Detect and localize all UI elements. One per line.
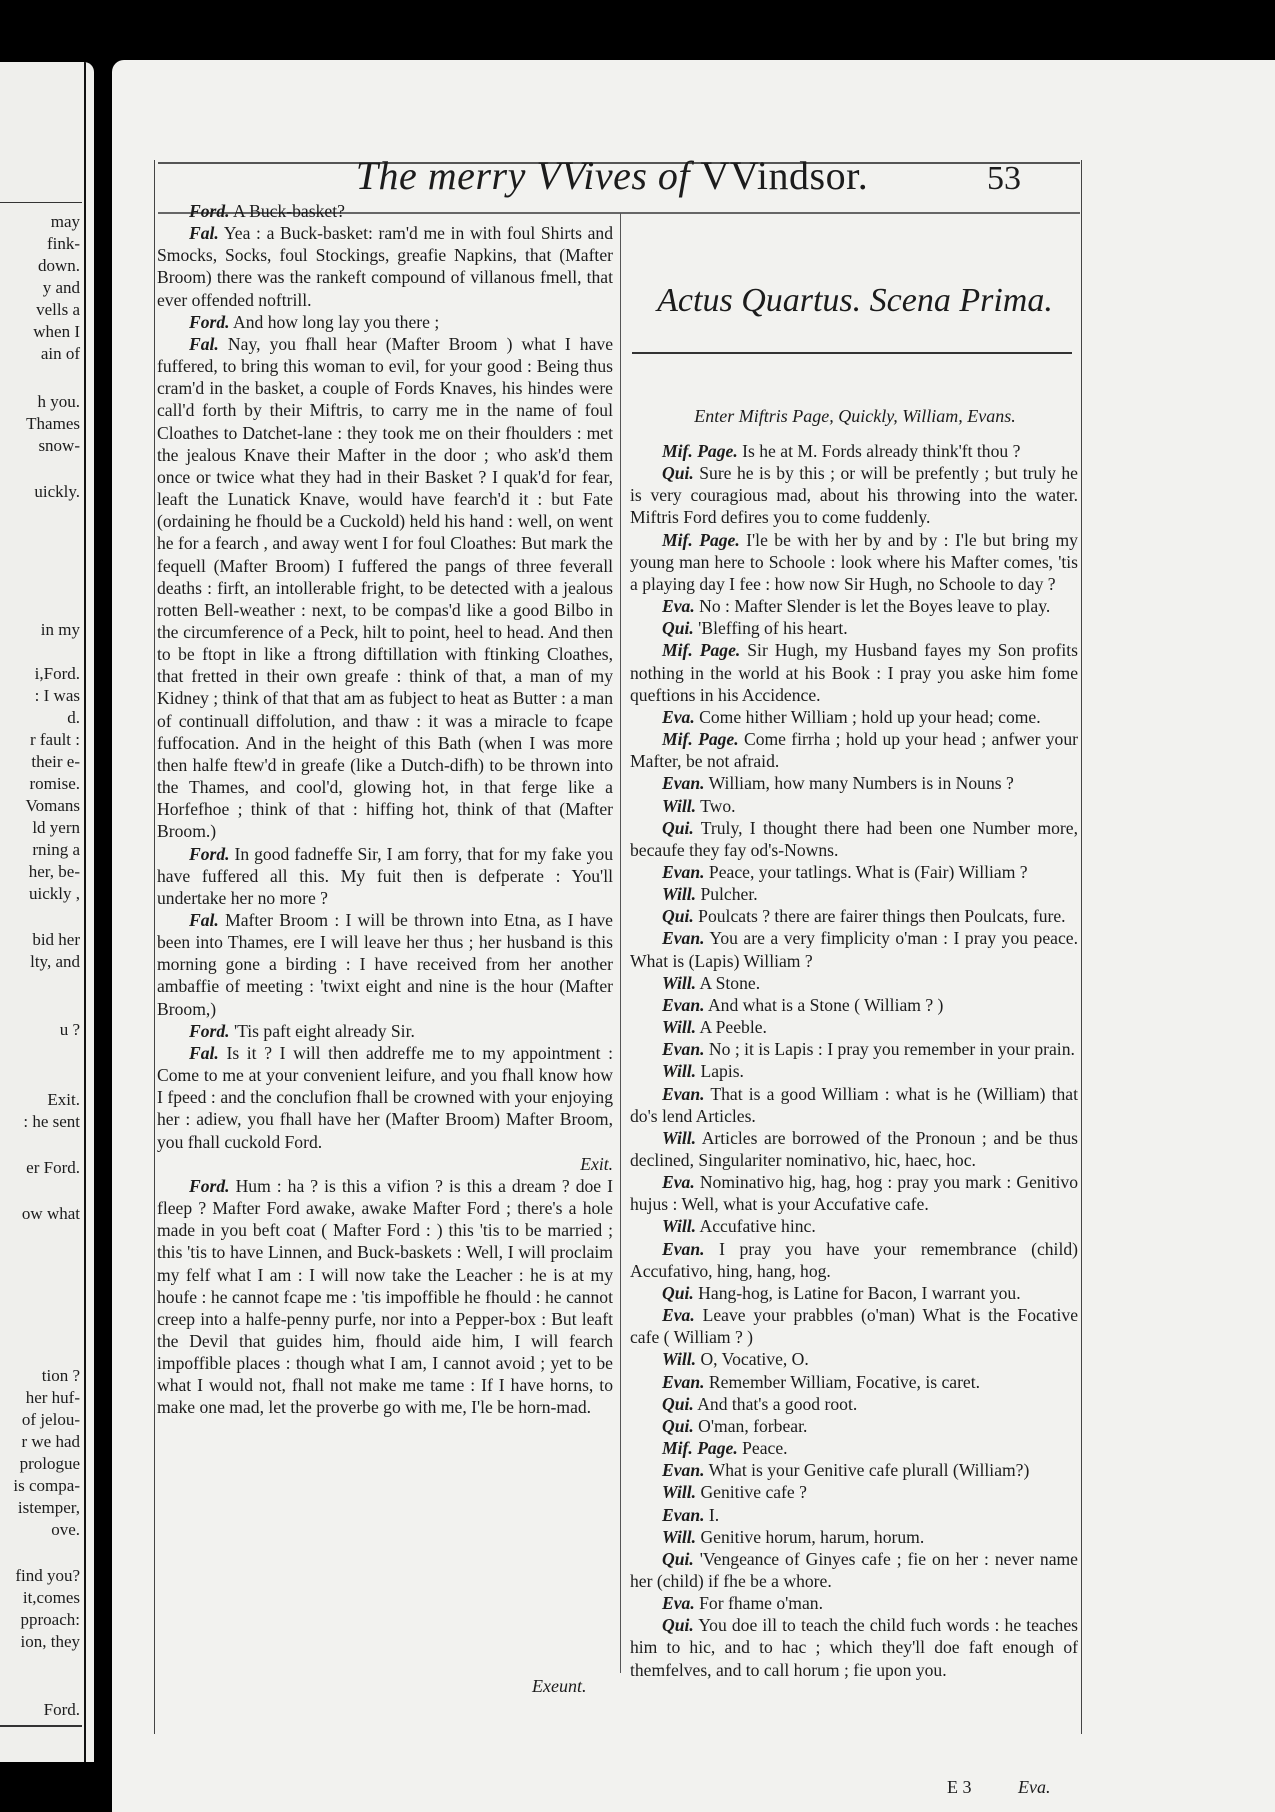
speaker-name: Qui. [662,1615,694,1635]
fragment-line: prologue [20,1454,80,1474]
speech: Evan. I. [630,1504,1078,1526]
fragment-line: Thames [26,414,80,434]
right-column: Mif. Page. Is he at M. Fords already thi… [630,440,1078,1681]
speaker-name: Evan. [662,928,705,948]
catchword: Eva. [1018,1777,1050,1798]
speech: Ford. 'Tis paft eight already Sir. [157,1020,613,1042]
speech: Qui. Sure he is by this ; or will be pre… [630,462,1078,528]
speech: Evan. No ; it is Lapis : I pray you reme… [630,1038,1078,1060]
speech: Qui. And that's a good root. [630,1393,1078,1415]
fragment-line: pproach: [21,1610,80,1630]
speaker-name: Fal. [189,223,219,243]
speaker-name: Will. [662,1349,696,1369]
fragment-line: her, be- [29,862,80,882]
speech-text: Accufative hinc. [696,1216,816,1236]
speaker-name: Will. [662,1527,696,1547]
speech-text: Hum : ha ? is this a vifion ? is this a … [157,1176,613,1418]
speaker-name: Fal. [189,334,219,354]
fragment-line: y and [43,278,80,298]
speech-text: For fhame o'man. [695,1593,823,1613]
speech-text: Remember William, Focative, is caret. [705,1372,981,1392]
speech: Will. A Stone. [630,972,1078,994]
speaker-name: Evan. [662,1084,705,1104]
fragment-line: ove. [51,1520,80,1540]
speaker-name: Qui. [662,818,694,838]
speech: Evan. I pray you have your remembrance (… [630,1238,1078,1282]
speaker-name: Will. [662,1061,696,1081]
speaker-name: Eva. [662,707,695,727]
fragment-line: it,comes [23,1588,80,1608]
speaker-name: Qui. [662,618,694,638]
speech-text: O, Vocative, O. [696,1349,809,1369]
fragment-line: in my [41,620,80,640]
speech-text: O'man, forbear. [694,1416,808,1436]
speech-text: Mafter Broom : I will be thrown into Etn… [157,910,613,1019]
fragment-line: her huf- [26,1388,80,1408]
speaker-name: Eva. [662,596,695,616]
act-heading-rule [632,352,1072,354]
fragment-line: ain of [41,344,80,364]
speech: Qui. You doe ill to teach the child fuch… [630,1614,1078,1680]
stage-direction: Enter Miftris Page, Quickly, William, Ev… [632,406,1078,427]
speaker-name: Qui. [662,906,694,926]
speech: Ford. A Buck-basket? [157,200,613,222]
speech: Ford. And how long lay you there ; [157,311,613,333]
speech: Eva. Leave your prabbles (o'man) What is… [630,1304,1078,1348]
fragment-line: ld yern [32,818,80,838]
fragment-line: of jelou- [22,1410,80,1430]
prev-rule [84,62,86,1762]
speaker-name: Will. [662,884,696,904]
fragment-line: r fault : [30,730,80,750]
speaker-name: Evan. [662,1239,705,1259]
fragment-line: lty, and [30,952,80,972]
fragment-line: : I was [35,686,80,706]
speech-text: Genitive cafe ? [696,1482,807,1502]
speaker-name: Mif. Page. [662,729,739,749]
fragment-line: : he sent [23,1112,80,1132]
fragment-line: i,Ford. [35,664,80,684]
speech: Will. O, Vocative, O. [630,1348,1078,1370]
speaker-name: Evan. [662,773,705,793]
speech-text: Yea : a Buck-basket: ram'd me in with fo… [157,223,613,309]
speech-text: Is he at M. Fords already think'ft thou … [738,441,1021,461]
speech-text: Truly, I thought there had been one Numb… [630,818,1078,860]
speech: Eva. No : Mafter Slender is let the Boye… [630,595,1078,617]
speech-text: Sure he is by this ; or will be prefentl… [630,463,1078,527]
speech: Evan. Remember William, Focative, is car… [630,1371,1078,1393]
speech-text: Poulcats ? there are fairer things then … [694,906,1066,926]
fragment-line: Vomans [26,796,80,816]
column-divider [620,213,621,1673]
fragment-line: is compa- [13,1476,80,1496]
speaker-name: Eva. [662,1172,695,1192]
speech: Fal. Is it ? I will then addreffe me to … [157,1042,613,1175]
speech-text: Lapis. [696,1061,744,1081]
speech: Will. A Peeble. [630,1016,1078,1038]
speech-text: And how long lay you there ; [230,312,440,332]
speech-text: And that's a good root. [694,1394,857,1414]
fragment-line: may [51,212,80,232]
speech: Evan. And what is a Stone ( William ? ) [630,994,1078,1016]
speech-text: Leave your prabbles (o'man) What is the … [630,1305,1078,1347]
speech: Will. Pulcher. [630,883,1078,905]
speaker-name: Will. [662,796,696,816]
speaker-name: Evan. [662,1372,705,1392]
speaker-name: Mif. Page. [662,441,738,461]
speaker-name: Fal. [189,1043,219,1063]
fragment-line: istemper, [18,1498,80,1518]
speech: Evan. You are a very fimplicity o'man : … [630,927,1078,971]
speech-text: A Buck-basket? [230,201,345,221]
fragment-line: r we had [21,1432,80,1452]
speech: Will. Articles are borrowed of the Prono… [630,1127,1078,1171]
speaker-name: Ford. [189,312,230,332]
speech: Evan. William, how many Numbers is in No… [630,772,1078,794]
speech-text: What is your Genitive cafe plurall (Will… [705,1460,1030,1480]
speaker-name: Ford. [189,1021,230,1041]
speaker-name: Evan. [662,1460,705,1480]
speech: Mif. Page. Come firrha ; hold up your he… [630,728,1078,772]
speech-text: I. [705,1505,720,1525]
speaker-name: Mif. Page. [662,530,740,550]
speaker-name: Qui. [662,1416,694,1436]
speech-text: And what is a Stone ( William ? ) [705,995,944,1015]
speech-text: A Peeble. [696,1017,767,1037]
previous-page-fragment: mayfink-down.y andvells awhen Iain ofh y… [0,62,94,1762]
speech: Evan. Peace, your tatlings. What is (Fai… [630,861,1078,883]
fragment-line: their e- [31,752,80,772]
speech: Eva. Nominativo hig, hag, hog : pray you… [630,1171,1078,1215]
prev-bot-rule [0,1725,82,1727]
fragment-line: er Ford. [26,1158,80,1178]
speaker-name: Eva. [662,1305,695,1325]
speech: Fal. Nay, you fhall hear (Mafter Broom )… [157,333,613,843]
speech: Eva. Come hither William ; hold up your … [630,706,1078,728]
speaker-name: Ford. [189,201,230,221]
fragment-line: romise. [29,774,80,794]
speech: Ford. Hum : ha ? is this a vifion ? is t… [157,1175,613,1419]
speech-text: Come hither William ; hold up your head;… [695,707,1041,727]
speech-text: No ; it is Lapis : I pray you remember i… [705,1039,1075,1059]
speech: Qui. O'man, forbear. [630,1415,1078,1437]
speech: Fal. Mafter Broom : I will be thrown int… [157,909,613,1020]
prev-top-rule [0,202,82,203]
fragment-line: rning a [32,840,80,860]
speech: Evan. What is your Genitive cafe plurall… [630,1459,1078,1481]
speech-text: Genitive horum, harum, horum. [696,1527,924,1547]
fragment-line: ow what [22,1204,80,1224]
speech: Will. Two. [630,795,1078,817]
speech: Will. Lapis. [630,1060,1078,1082]
speaker-name: Qui. [662,1283,694,1303]
speech-text: 'Bleffing of his heart. [694,618,848,638]
speech-text: Articles are borrowed of the Pronoun ; a… [630,1128,1078,1170]
speech: Qui. Hang-hog, is Latine for Bacon, I wa… [630,1282,1078,1304]
speech-text: You doe ill to teach the child fuch word… [630,1615,1078,1679]
speaker-name: Ford. [189,844,230,864]
speech: Will. Genitive horum, harum, horum. [630,1526,1078,1548]
speaker-name: Mif. Page. [662,640,740,660]
speech: Mif. Page. Peace. [630,1437,1078,1459]
speech: Will. Accufative hinc. [630,1215,1078,1237]
fragment-line: uickly , [29,884,80,904]
fragment-line: snow- [38,436,80,456]
fragment-line: when I [33,322,80,342]
fragment-line: Ford. [44,1700,80,1720]
fragment-line: fink- [47,234,80,254]
speech-text: No : Mafter Slender is let the Boyes lea… [695,596,1051,616]
book-page: The merry VVives of VVindsor. 53 Ford. A… [112,60,1275,1812]
speaker-name: Eva. [662,1593,695,1613]
speech-text: 'Vengeance of Ginyes cafe ; fie on her :… [630,1549,1078,1591]
fragment-line: tion ? [42,1366,80,1386]
speaker-name: Will. [662,1216,696,1236]
speech-text: Is it ? I will then addreffe me to my ap… [157,1043,613,1152]
speaker-name: Fal. [189,910,219,930]
fragment-line: bid her [32,930,80,950]
fragment-line: uickly. [34,482,80,502]
speaker-name: Ford. [189,1176,230,1196]
speech: Qui. 'Bleffing of his heart. [630,617,1078,639]
speech: Fal. Yea : a Buck-basket: ram'd me in wi… [157,222,613,311]
speech-text: Pulcher. [696,884,758,904]
speaker-name: Mif. Page. [662,1438,738,1458]
left-column: Ford. A Buck-basket?Fal. Yea : a Buck-ba… [157,200,613,1419]
speech-text: Hang-hog, is Latine for Bacon, I warrant… [694,1283,1021,1303]
speech: Evan. That is a good William : what is h… [630,1083,1078,1127]
speech: Qui. 'Vengeance of Ginyes cafe ; fie on … [630,1548,1078,1592]
speaker-name: Evan. [662,995,705,1015]
fragment-line: find you? [15,1566,80,1586]
fragment-line: Exit. [47,1090,80,1110]
exeunt-direction: Exeunt. [532,1676,586,1697]
speech: Mif. Page. Is he at M. Fords already thi… [630,440,1078,462]
fragment-line: down. [38,256,80,276]
speech: Will. Genitive cafe ? [630,1481,1078,1503]
fragment-line: u ? [60,1020,80,1040]
speaker-name: Evan. [662,862,705,882]
speaker-name: Will. [662,1017,696,1037]
speech: Ford. In good fadneffe Sir, I am forry, … [157,843,613,909]
speaker-name: Will. [662,1482,696,1502]
act-heading: Actus Quartus. Scena Prima. [632,282,1078,320]
speech-text: Two. [696,796,736,816]
speech: Mif. Page. Sir Hugh, my Husband fayes my… [630,639,1078,705]
speaker-name: Qui. [662,1549,694,1569]
speech: Qui. Poulcats ? there are fairer things … [630,905,1078,927]
speech-text: Peace. [738,1438,788,1458]
fragment-line: d. [67,708,80,728]
speech-text: Peace, your tatlings. What is (Fair) Wil… [705,862,1028,882]
speech: Mif. Page. I'le be with her by and by : … [630,529,1078,595]
speaker-name: Qui. [662,463,694,483]
speaker-name: Will. [662,973,696,993]
speech: Qui. Truly, I thought there had been one… [630,817,1078,861]
fragment-line: ion, they [21,1632,81,1652]
speaker-name: Evan. [662,1505,705,1525]
speech: Eva. For fhame o'man. [630,1592,1078,1614]
speech-text: William, how many Numbers is in Nouns ? [705,773,1014,793]
speaker-name: Qui. [662,1394,694,1414]
speech-text: Nominativo hig, hag, hog : pray you mark… [630,1172,1078,1214]
speech-text: A Stone. [696,973,760,993]
speech-text: Nay, you fhall hear (Mafter Broom ) what… [157,334,613,841]
fragment-line: h you. [38,392,81,412]
exit-direction: Exit. [157,1153,613,1175]
signature-mark: E 3 [947,1777,972,1798]
speech-text: 'Tis paft eight already Sir. [230,1021,415,1041]
speaker-name: Evan. [662,1039,705,1059]
speaker-name: Will. [662,1128,696,1148]
fragment-line: vells a [36,300,80,320]
